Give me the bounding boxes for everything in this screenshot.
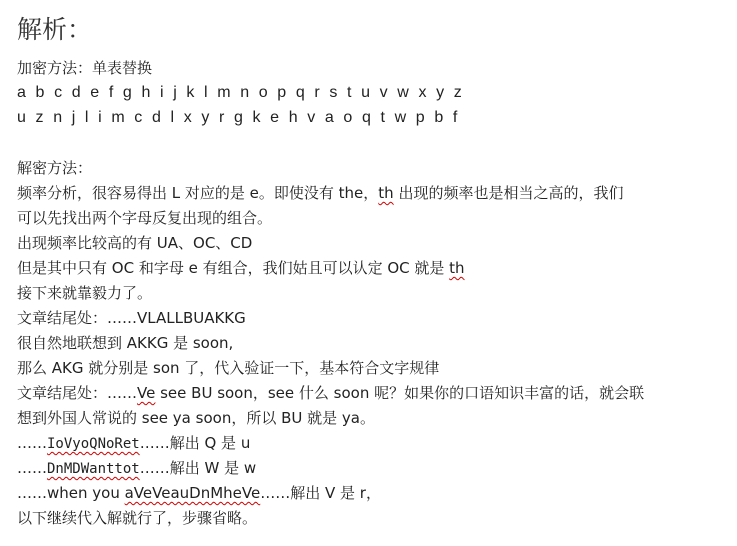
text-segment: 文章结尾处：…… — [17, 384, 137, 402]
text-segment: 出现频率比较高的有 UA、OC、CD — [17, 234, 252, 252]
text-segment: ……解出 Q 是 u — [140, 434, 251, 452]
text-line: ……when you aVeVeauDnMheVe……解出 V 是 r， — [17, 483, 381, 503]
text-line: 出现频率比较高的有 UA、OC、CD — [17, 233, 252, 253]
text-segment: …… — [17, 434, 47, 452]
text-segment: 文章结尾处：……VLALLBUAKKG — [17, 309, 246, 327]
spellcheck-word: aVeVeauDnMheVe — [125, 484, 261, 502]
spellcheck-word: th — [378, 184, 393, 202]
text-line: 但是其中只有 OC 和字母 e 有组合，我们姑且可以认定 OC 就是 th — [17, 258, 465, 278]
encrypt-method-label: 加密方法：单表替换 — [17, 58, 152, 78]
spellcheck-word: Ve — [137, 384, 155, 402]
text-segment: ……解出 V 是 r， — [260, 484, 381, 502]
text-segment: 频率分析，很容易得出 L 对应的是 e。即使没有 the， — [17, 184, 378, 202]
text-line: 那么 AKG 就分别是 son 了，代入验证一下，基本符合文字规律 — [17, 358, 439, 378]
text-segment: …… — [17, 459, 47, 477]
text-segment: ……解出 W 是 w — [140, 459, 256, 477]
text-segment: 可以先找出两个字母反复出现的组合。 — [17, 209, 272, 227]
text-segment: 想到外国人常说的 see ya soon，所以 BU 就是 ya。 — [17, 409, 375, 427]
text-segment: ……when you — [17, 484, 125, 502]
text-line: 文章结尾处：……VLALLBUAKKG — [17, 308, 246, 328]
text-line: 很自然地联想到 AKKG 是 soon, — [17, 333, 233, 353]
decrypt-method-label: 解密方法： — [17, 158, 92, 178]
text-line: 以下继续代入解就行了，步骤省略。 — [17, 508, 257, 528]
plain-alphabet: a b c d e f g h i j k l m n o p q r s t … — [17, 83, 464, 103]
page-title: 解析： — [17, 12, 92, 48]
document-page: 解析： 加密方法：单表替换 a b c d e f g h i j k l m … — [0, 0, 737, 546]
text-segment: 接下来就靠毅力了。 — [17, 284, 152, 302]
text-segment: 但是其中只有 OC 和字母 e 有组合，我们姑且可以认定 OC 就是 — [17, 259, 449, 277]
text-segment: 出现的频率也是相当之高的，我们 — [394, 184, 624, 202]
spellcheck-word: th — [449, 259, 464, 277]
text-line: 频率分析，很容易得出 L 对应的是 e。即使没有 the，th 出现的频率也是相… — [17, 183, 623, 203]
text-segment: 很自然地联想到 AKKG 是 soon, — [17, 334, 233, 352]
text-segment: see BU soon，see 什么 soon 呢？如果你的口语知识丰富的话，就… — [155, 384, 644, 402]
text-line: ……IoVyoQNoRet……解出 Q 是 u — [17, 433, 250, 454]
text-segment: 以下继续代入解就行了，步骤省略。 — [17, 509, 257, 527]
text-line: ……DnMDWanttot……解出 W 是 w — [17, 458, 256, 479]
text-line: 可以先找出两个字母反复出现的组合。 — [17, 208, 272, 228]
spellcheck-word: IoVyoQNoRet — [47, 436, 140, 452]
text-line: 想到外国人常说的 see ya soon，所以 BU 就是 ya。 — [17, 408, 375, 428]
text-line: 接下来就靠毅力了。 — [17, 283, 152, 303]
cipher-alphabet: u z n j l i m c d l x y r g k e h v a o … — [17, 108, 460, 128]
spellcheck-word: DnMDWanttot — [47, 461, 140, 477]
text-line: 文章结尾处：……Ve see BU soon，see 什么 soon 呢？如果你… — [17, 383, 644, 403]
text-segment: 那么 AKG 就分别是 son 了，代入验证一下，基本符合文字规律 — [17, 359, 439, 377]
